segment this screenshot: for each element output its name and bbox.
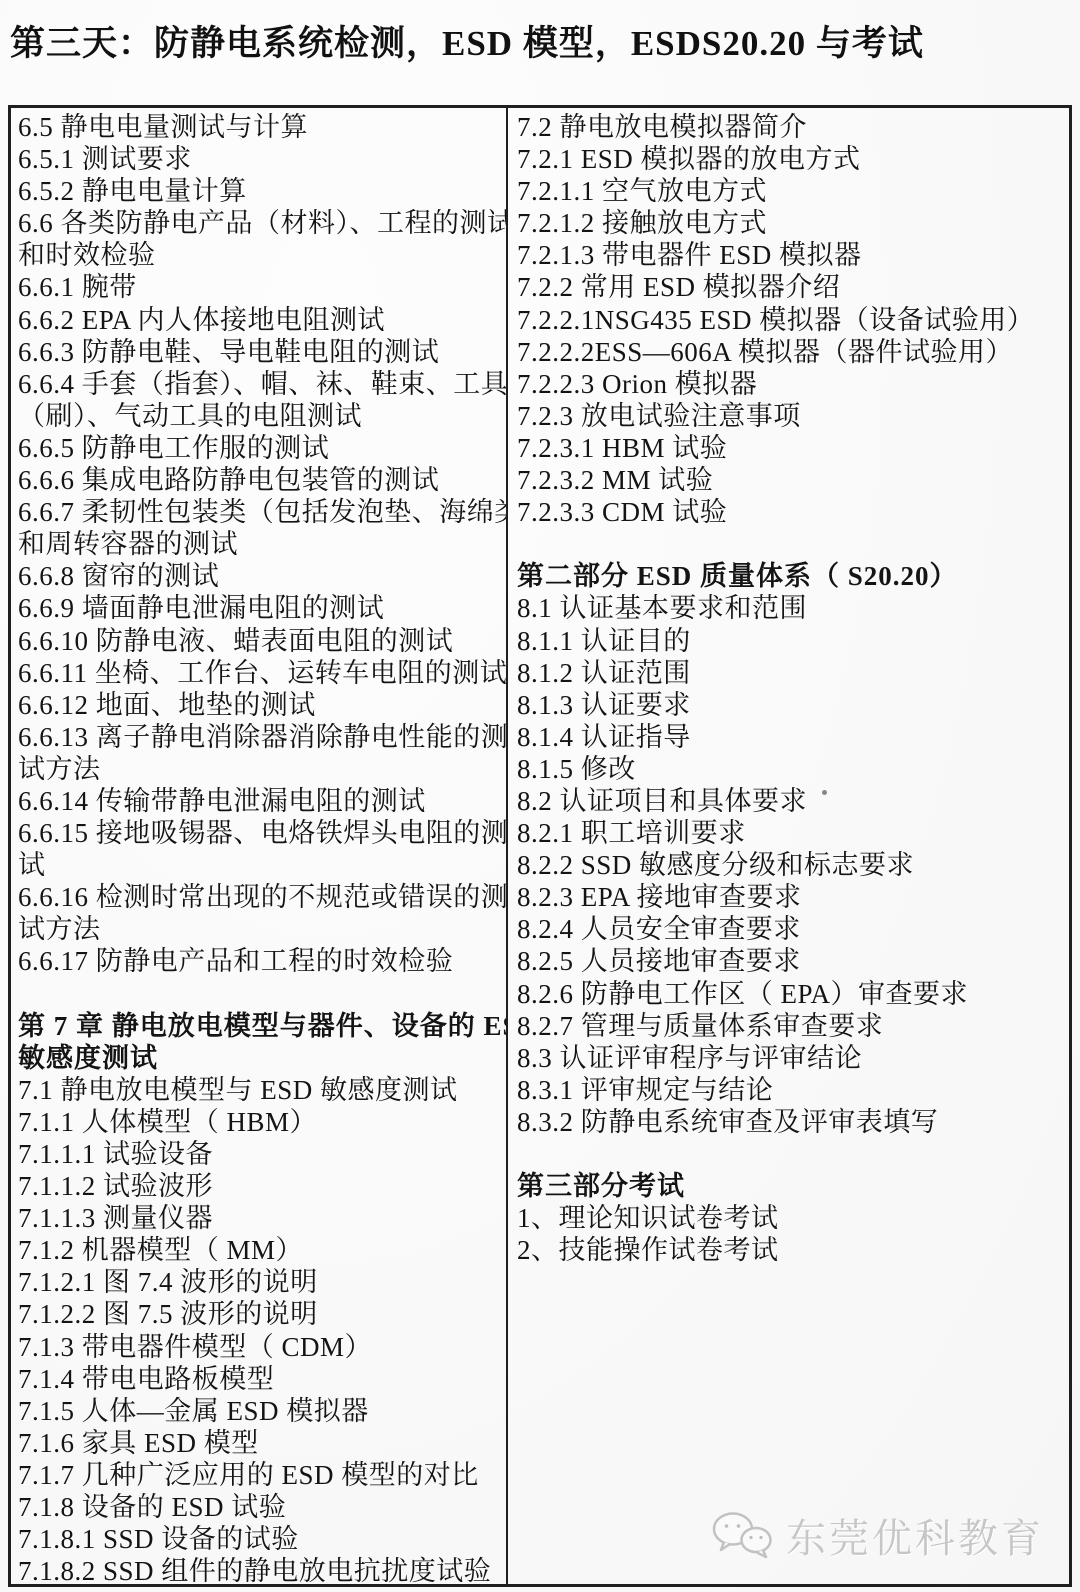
toc-item: 7.2.2 常用 ESD 模拟器介绍 [517, 271, 1065, 303]
toc-item: 6.6.9 墙面静电泄漏电阻的测试 [18, 592, 502, 624]
page-title: 第三天：防静电系统检测，ESD 模型，ESDS20.20 与考试 [10, 16, 924, 66]
toc-item: 7.2.3.3 CDM 试验 [517, 496, 1065, 528]
watermark: 东莞优科教育 [710, 1507, 1044, 1564]
toc-item: 8.3.1 评审规定与结论 [517, 1074, 1065, 1106]
toc-item: 7.1.3 带电器件模型（ CDM） [18, 1331, 502, 1363]
toc-item: 1、理论知识试卷考试 [517, 1202, 1065, 1234]
toc-item: 6.5 静电电量测试与计算 [18, 111, 502, 143]
toc-item: 7.2.3 放电试验注意事项 [517, 400, 1065, 432]
scanned-page: 第三天：防静电系统检测，ESD 模型，ESDS20.20 与考试 6.5 静电电… [0, 0, 1080, 1592]
toc-item: 7.2.1.1 空气放电方式 [517, 175, 1065, 207]
toc-blank-line [18, 978, 502, 1010]
toc-item: 和时效检验 [18, 239, 502, 271]
toc-item: 7.1.8.1 SSD 设备的试验 [18, 1523, 502, 1555]
toc-item: 7.2.1.2 接触放电方式 [517, 207, 1065, 239]
toc-item: 试方法 [18, 753, 502, 785]
toc-section-heading: 第三部分考试 [517, 1170, 1065, 1202]
toc-item: 8.3 认证评审程序与评审结论 [517, 1042, 1065, 1074]
toc-item: 6.6.3 防静电鞋、导电鞋电阻的测试 [18, 336, 502, 368]
toc-item: 8.1.4 认证指导 [517, 721, 1065, 753]
watermark-text: 东莞优科教育 [786, 1507, 1044, 1564]
toc-item: 6.6.7 柔韧性包装类（包括发泡垫、海绵类） [18, 496, 502, 528]
toc-item: 6.6.10 防静电液、蜡表面电阻的测试 [18, 625, 502, 657]
toc-item: 8.2.2 SSD 敏感度分级和标志要求 [517, 849, 1065, 881]
toc-item: 6.6.1 腕带 [18, 271, 502, 303]
toc-item: 8.2.6 防静电工作区（ EPA）审查要求 [517, 978, 1065, 1010]
toc-column-left: 6.5 静电电量测试与计算6.5.1 测试要求6.5.2 静电电量计算6.6 各… [11, 108, 508, 1584]
toc-blank-line [517, 1138, 1065, 1170]
toc-section-heading: 第二部分 ESD 质量体系（ S20.20） [517, 560, 1065, 592]
toc-item: 7.2 静电放电模拟器简介 [517, 111, 1065, 143]
toc-item: 2、技能操作试卷考试 [517, 1234, 1065, 1266]
toc-item: 7.1.1.3 测量仪器 [18, 1202, 502, 1234]
toc-column-right: 7.2 静电放电模拟器简介7.2.1 ESD 模拟器的放电方式7.2.1.1 空… [508, 108, 1069, 1584]
toc-item: 7.2.3.1 HBM 试验 [517, 432, 1065, 464]
toc-item: 7.2.1 ESD 模拟器的放电方式 [517, 143, 1065, 175]
toc-section-heading: 敏感度测试 [18, 1042, 502, 1074]
toc-item: 8.2.7 管理与质量体系审查要求 [517, 1010, 1065, 1042]
toc-item: 8.2.1 职工培训要求 [517, 817, 1065, 849]
toc-item: 8.3.2 防静电系统审查及评审表填写 [517, 1106, 1065, 1138]
toc-item: 6.6.2 EPA 内人体接地电阻测试 [18, 304, 502, 336]
toc-item: 8.1 认证基本要求和范围 [517, 592, 1065, 624]
toc-item: 7.1.2.2 图 7.5 波形的说明 [18, 1298, 502, 1330]
toc-item: 6.6.8 窗帘的测试 [18, 560, 502, 592]
toc-item: 试方法 [18, 913, 502, 945]
toc-item: 6.5.1 测试要求 [18, 143, 502, 175]
toc-item: 7.1.5 人体—金属 ESD 模拟器 [18, 1395, 502, 1427]
toc-item: 7.1.8.2 SSD 组件的静电放电抗扰度试验 [18, 1555, 502, 1584]
toc-item: 7.2.2.3 Orion 模拟器 [517, 368, 1065, 400]
toc-item: 6.6.14 传输带静电泄漏电阻的测试 [18, 785, 502, 817]
toc-item: 8.1.3 认证要求 [517, 689, 1065, 721]
toc-item: 7.1.1 人体模型（ HBM） [18, 1106, 502, 1138]
toc-item: 7.1.7 几种广泛应用的 ESD 模型的对比 [18, 1459, 502, 1491]
toc-item: 7.2.1.3 带电器件 ESD 模拟器 [517, 239, 1065, 271]
toc-item: 6.6.12 地面、地垫的测试 [18, 689, 502, 721]
toc-item: 8.2.3 EPA 接地审查要求 [517, 881, 1065, 913]
toc-item: 8.1.1 认证目的 [517, 625, 1065, 657]
toc-item: 7.2.3.2 MM 试验 [517, 464, 1065, 496]
toc-item: 8.1.5 修改 [517, 753, 1065, 785]
toc-item: （刷）、气动工具的电阻测试 [18, 400, 502, 432]
toc-item: 6.6.4 手套（指套）、帽、袜、鞋束、工具 [18, 368, 502, 400]
wechat-icon [710, 1509, 776, 1563]
toc-item: 6.6.16 检测时常出现的不规范或错误的测 [18, 881, 502, 913]
toc-item: 7.1.1.1 试验设备 [18, 1138, 502, 1170]
toc-item: 6.6.5 防静电工作服的测试 [18, 432, 502, 464]
toc-item: 8.2.4 人员安全审查要求 [517, 913, 1065, 945]
toc-item: 6.6.11 坐椅、工作台、运转车电阻的测试 [18, 657, 502, 689]
toc-item: 6.6.15 接地吸锡器、电烙铁焊头电阻的测 [18, 817, 502, 849]
toc-item: 6.6 各类防静电产品（材料）、工程的测试 [18, 207, 502, 239]
toc-item: 7.1.2.1 图 7.4 波形的说明 [18, 1266, 502, 1298]
toc-item: 6.6.13 离子静电消除器消除静电性能的测 [18, 721, 502, 753]
toc-item: 8.2.5 人员接地审查要求 [517, 945, 1065, 977]
toc-item: 试 [18, 849, 502, 881]
toc-item: 7.1.8 设备的 ESD 试验 [18, 1491, 502, 1523]
toc-item: 7.1 静电放电模型与 ESD 敏感度测试 [18, 1074, 502, 1106]
toc-item: 7.2.2.1NSG435 ESD 模拟器（设备试验用） [517, 304, 1065, 336]
toc-item: 7.1.6 家具 ESD 模型 [18, 1427, 502, 1459]
toc-item: 6.6.6 集成电路防静电包装管的测试 [18, 464, 502, 496]
toc-item: 8.1.2 认证范围 [517, 657, 1065, 689]
toc-item: 7.1.2 机器模型（ MM） [18, 1234, 502, 1266]
toc-section-heading: 第 7 章 静电放电模型与器件、设备的 ESD [18, 1010, 502, 1042]
toc-item: 6.5.2 静电电量计算 [18, 175, 502, 207]
toc-item: 和周转容器的测试 [18, 528, 502, 560]
toc-item: 7.2.2.2ESS—606A 模拟器（器件试验用） [517, 336, 1065, 368]
scan-artifact-dot [822, 790, 827, 795]
toc-item: 7.1.4 带电电路板模型 [18, 1363, 502, 1395]
toc-blank-line [517, 528, 1065, 560]
toc-table: 6.5 静电电量测试与计算6.5.1 测试要求6.5.2 静电电量计算6.6 各… [8, 105, 1072, 1587]
toc-item: 8.2 认证项目和具体要求 [517, 785, 1065, 817]
toc-item: 6.6.17 防静电产品和工程的时效检验 [18, 945, 502, 977]
toc-item: 7.1.1.2 试验波形 [18, 1170, 502, 1202]
